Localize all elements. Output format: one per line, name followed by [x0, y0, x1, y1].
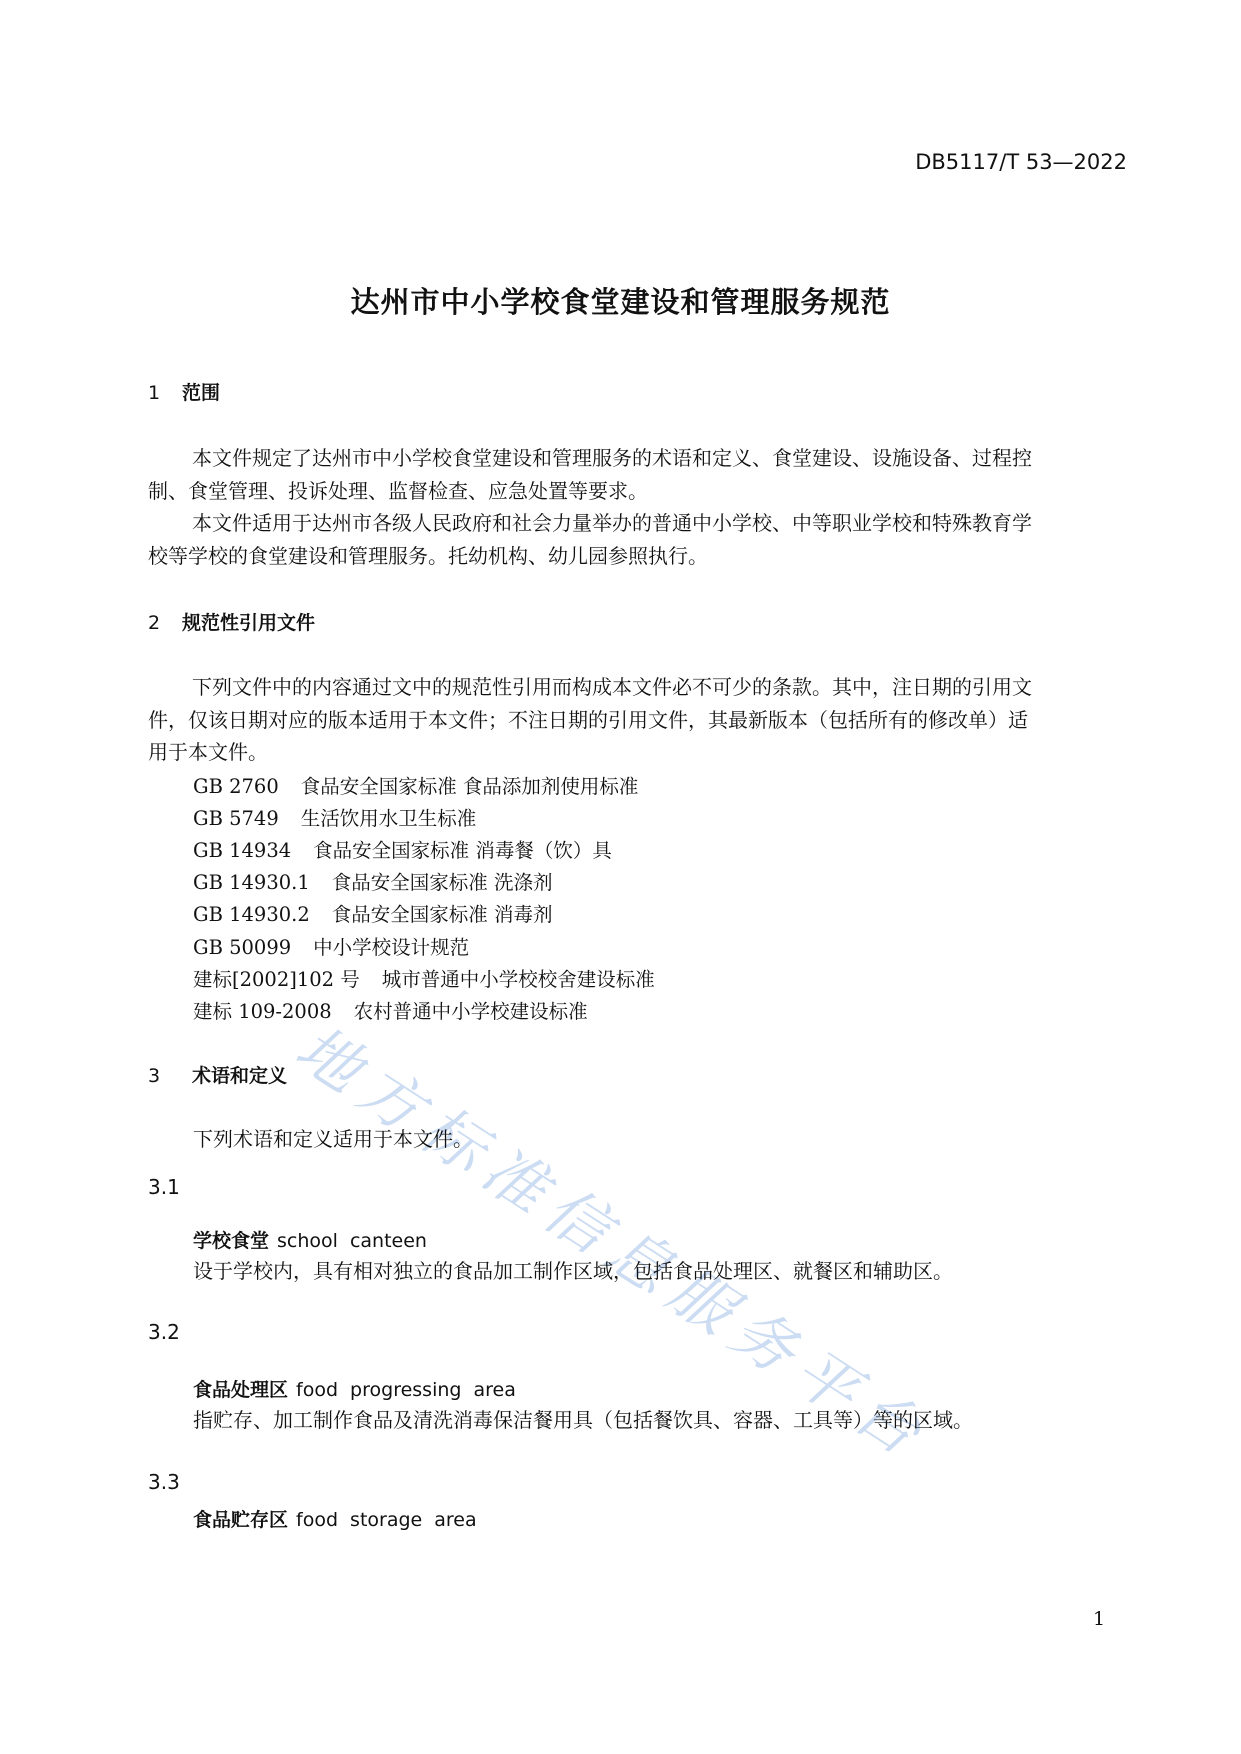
- reference-code: GB 5749: [193, 807, 279, 830]
- reference-code: 建标[2002]102 号: [193, 964, 360, 992]
- section-title: 术语和定义: [192, 1065, 287, 1087]
- section-title: 规范性引用文件: [182, 612, 315, 634]
- references-paragraph: 下列文件中的内容通过文中的规范性引用而构成本文件必不可少的条款。其中，注日期的引…: [148, 671, 1128, 769]
- paragraph-line: 本文件规定了达州市中小学校食堂建设和管理服务的术语和定义、食堂建设、设施设备、过…: [148, 442, 1128, 475]
- reference-code: GB 14930.1: [193, 871, 310, 894]
- section-heading-normative-references: 2规范性引用文件: [148, 608, 315, 635]
- page-number: 1: [1093, 1608, 1105, 1630]
- term-english: school canteen: [277, 1230, 427, 1252]
- document-code: DB5117/T 53—2022: [915, 150, 1127, 174]
- section-heading-terms: 3术语和定义: [148, 1061, 287, 1088]
- clause-number: 3.3: [148, 1470, 180, 1494]
- clause-number: 3.1: [148, 1175, 180, 1199]
- reference-item: GB 2760食品安全国家标准 食品添加剂使用标准: [193, 771, 638, 799]
- reference-title: 生活饮用水卫生标准: [301, 807, 477, 830]
- reference-title: 食品安全国家标准 消毒剂: [332, 903, 553, 926]
- scope-paragraph-1: 本文件规定了达州市中小学校食堂建设和管理服务的术语和定义、食堂建设、设施设备、过…: [148, 442, 1128, 507]
- scope-paragraph-2: 本文件适用于达州市各级人民政府和社会力量举办的普通中小学校、中等职业学校和特殊教…: [148, 507, 1128, 572]
- paragraph-line: 件，仅该日期对应的版本适用于本文件；不注日期的引用文件，其最新版本（包括所有的修…: [148, 704, 1128, 737]
- section-heading-scope: 1范围: [148, 378, 220, 405]
- section-number: 3: [148, 1065, 192, 1087]
- paragraph-line: 校等学校的食堂建设和管理服务。托幼机构、幼儿园参照执行。: [148, 540, 1128, 573]
- paragraph-line: 制、食堂管理、投诉处理、监督检查、应急处置等要求。: [148, 475, 1128, 508]
- term-chinese: 食品贮存区: [193, 1509, 288, 1531]
- reference-code: GB 14934: [193, 839, 291, 862]
- reference-item: 建标 109-2008农村普通中小学校建设标准: [193, 996, 588, 1024]
- reference-item: GB 5749生活饮用水卫生标准: [193, 803, 476, 831]
- reference-item: GB 14930.2食品安全国家标准 消毒剂: [193, 899, 552, 927]
- clause-number: 3.2: [148, 1320, 180, 1344]
- term-entry: 食品处理区food progressing area: [193, 1375, 516, 1402]
- term-definition: 指贮存、加工制作食品及清洗消毒保洁餐用具（包括餐饮具、容器、工具等）等的区域。: [193, 1404, 973, 1433]
- reference-title: 中小学校设计规范: [313, 936, 469, 959]
- reference-title: 城市普通中小学校校舍建设标准: [382, 968, 655, 991]
- term-english: food progressing area: [296, 1379, 516, 1401]
- reference-title: 农村普通中小学校建设标准: [354, 1000, 588, 1023]
- paragraph-line: 用于本文件。: [148, 736, 1128, 769]
- term-chinese: 食品处理区: [193, 1379, 288, 1401]
- term-entry: 食品贮存区food storage area: [193, 1505, 477, 1532]
- reference-title: 食品安全国家标准 食品添加剂使用标准: [301, 775, 639, 798]
- document-title: 达州市中小学校食堂建设和管理服务规范: [0, 280, 1241, 321]
- term-english: food storage area: [296, 1509, 477, 1531]
- term-definition: 设于学校内，具有相对独立的食品加工制作区域，包括食品处理区、就餐区和辅助区。: [193, 1255, 953, 1284]
- paragraph-line: 本文件适用于达州市各级人民政府和社会力量举办的普通中小学校、中等职业学校和特殊教…: [148, 507, 1128, 540]
- reference-item: 建标[2002]102 号城市普通中小学校校舍建设标准: [193, 964, 655, 992]
- reference-item: GB 14930.1食品安全国家标准 洗涤剂: [193, 867, 552, 895]
- reference-code: 建标 109-2008: [193, 996, 332, 1024]
- term-entry: 学校食堂school canteen: [193, 1226, 427, 1253]
- reference-code: GB 2760: [193, 775, 279, 798]
- terms-intro: 下列术语和定义适用于本文件。: [193, 1123, 473, 1152]
- reference-item: GB 50099中小学校设计规范: [193, 932, 469, 960]
- reference-code: GB 50099: [193, 936, 291, 959]
- reference-title: 食品安全国家标准 消毒餐（饮）具: [313, 839, 612, 862]
- reference-code: GB 14930.2: [193, 903, 310, 926]
- reference-title: 食品安全国家标准 洗涤剂: [332, 871, 553, 894]
- reference-item: GB 14934食品安全国家标准 消毒餐（饮）具: [193, 835, 612, 863]
- term-chinese: 学校食堂: [193, 1230, 269, 1252]
- section-number: 1: [148, 382, 182, 404]
- section-number: 2: [148, 612, 182, 634]
- paragraph-line: 下列文件中的内容通过文中的规范性引用而构成本文件必不可少的条款。其中，注日期的引…: [148, 671, 1128, 704]
- section-title: 范围: [182, 382, 220, 404]
